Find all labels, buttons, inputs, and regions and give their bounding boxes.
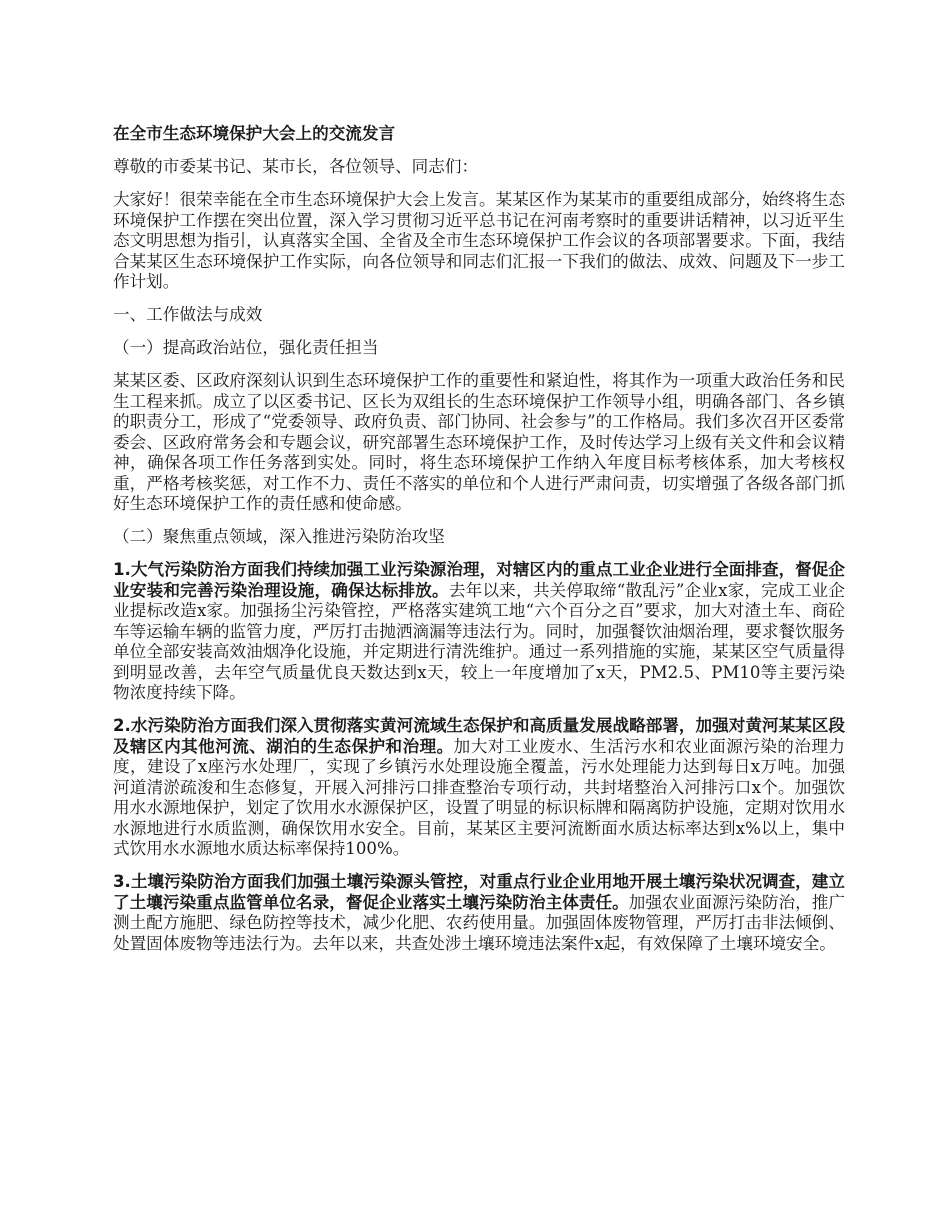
- document-page: 在全市生态环境保护大会上的交流发言 尊敬的市委某书记、某市长，各位领导、同志们：…: [113, 124, 845, 967]
- subsection-heading: （一）提高政治站位，强化责任担当: [113, 338, 845, 359]
- item-paragraph: 1.大气污染防治方面我们持续加强工业污染源治理，对辖区内的重点工业企业进行全面排…: [113, 560, 845, 704]
- salutation: 尊敬的市委某书记、某市长，各位领导、同志们：: [113, 157, 845, 178]
- subsection-heading: （二）聚焦重点领域，深入推进污染防治攻坚: [113, 527, 845, 548]
- document-title: 在全市生态环境保护大会上的交流发言: [113, 124, 845, 145]
- body-paragraph: 某某区委、区政府深刻认识到生态环境保护工作的重要性和紧迫性，将其作为一项重大政治…: [113, 371, 845, 515]
- item-paragraph: 2.水污染防治方面我们深入贯彻落实黄河流域生态保护和高质量发展战略部署，加强对黄…: [113, 716, 845, 860]
- section-heading: 一、工作做法与成效: [113, 305, 845, 326]
- item-paragraph: 3.土壤污染防治方面我们加强土壤污染源头管控，对重点行业企业用地开展土壤污染状况…: [113, 872, 845, 954]
- intro-paragraph: 大家好！很荣幸能在全市生态环境保护大会上发言。某某区作为某某市的重要组成部分，始…: [113, 190, 845, 293]
